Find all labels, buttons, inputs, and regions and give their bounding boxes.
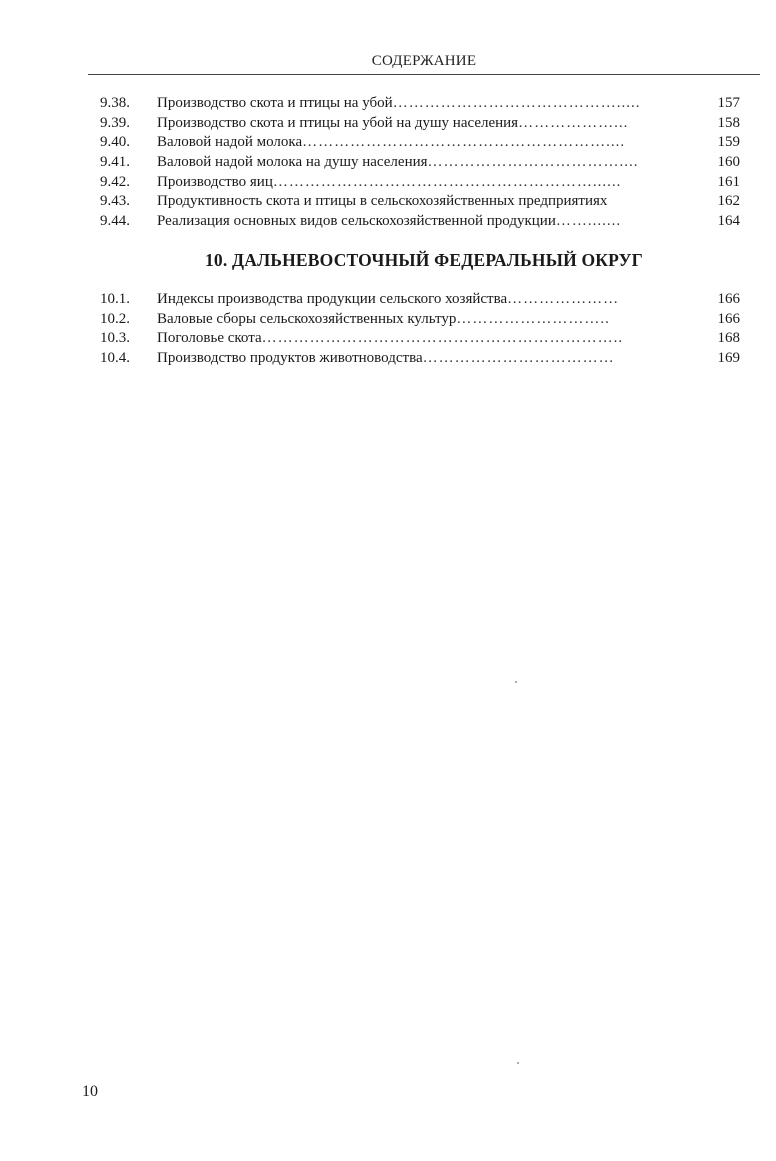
toc-entry-page: 166 — [679, 310, 742, 330]
scan-speck — [517, 1062, 519, 1064]
toc-entry-title: Поголовье скота — [157, 329, 262, 349]
toc-entry-title: Производство продуктов животноводства — [157, 349, 423, 369]
toc-entry[interactable]: 10.4. Производство продуктов животноводс… — [100, 349, 742, 369]
toc-entry[interactable]: 10.1. Индексы производства продукции сел… — [100, 290, 742, 310]
toc-entry-page: 166 — [679, 290, 742, 310]
toc-entry[interactable]: 9.41. Валовой надой молока на душу насел… — [100, 153, 742, 173]
toc-dot-leader: ……………………………….... — [428, 153, 679, 173]
toc-entry-title: Производство яиц — [157, 173, 273, 193]
toc-entry-title: Валовой надой молока на душу населения — [157, 153, 428, 173]
toc-entry[interactable]: 10.3. Поголовье скота…………………………………………………… — [100, 329, 742, 349]
toc-entry-page: 168 — [679, 329, 742, 349]
toc-dot-leader: ……………………….. — [456, 310, 679, 330]
toc-entry-title: Валовые сборы сельскохозяйственных культ… — [157, 310, 456, 330]
toc-dot-leader: ……………………………………..... — [393, 94, 679, 114]
toc-entry-number: 9.40. — [100, 133, 157, 153]
page-number: 10 — [82, 1083, 98, 1101]
toc-entry-number: 9.44. — [100, 212, 157, 232]
toc-dot-leader — [607, 192, 679, 212]
toc-entry[interactable]: 9.43. Продуктивность скота и птицы в сел… — [100, 192, 742, 212]
toc-entry-page: 164 — [679, 212, 742, 232]
toc-dot-leader: ………………………………………………………….. — [262, 329, 679, 349]
toc-entry-page: 158 — [679, 114, 742, 134]
toc-entry[interactable]: 10.2. Валовые сборы сельскохозяйственных… — [100, 310, 742, 330]
running-header: СОДЕРЖАНИЕ — [88, 53, 760, 70]
toc-entry-title: Производство скота и птицы на убой на ду… — [157, 114, 518, 134]
toc-dot-leader: ……....... — [556, 212, 679, 232]
toc-entry-number: 9.41. — [100, 153, 157, 173]
toc-entry-title: Производство скота и птицы на убой — [157, 94, 393, 114]
toc-entry-title: Индексы производства продукции сельского… — [157, 290, 507, 310]
toc-entry-number: 10.1. — [100, 290, 157, 310]
toc-entry-title: Реализация основных видов сельскохозяйст… — [157, 212, 556, 232]
toc-entry-page: 169 — [679, 349, 742, 369]
toc-entry-number: 9.43. — [100, 192, 157, 212]
toc-dot-leader: ………………… — [507, 290, 679, 310]
toc-dot-leader: ……………………………………………………...... — [273, 173, 679, 193]
toc-entry-number: 9.38. — [100, 94, 157, 114]
scan-speck — [515, 681, 517, 683]
toc-entry-page: 162 — [679, 192, 742, 212]
toc-entry[interactable]: 9.42. Производство яиц………………………………………………… — [100, 173, 742, 193]
toc-dot-leader: ………………………………………………….... — [302, 133, 679, 153]
toc-entry[interactable]: 9.40. Валовой надой молока……………………………………… — [100, 133, 742, 153]
toc-entry-page: 159 — [679, 133, 742, 153]
section-heading: 10. ДАЛЬНЕВОСТОЧНЫЙ ФЕДЕРАЛЬНЫЙ ОКРУГ — [88, 250, 760, 271]
document-page: СОДЕРЖАНИЕ 9.38. Производство скота и пт… — [0, 0, 776, 1161]
header-rule — [88, 74, 760, 75]
toc-entry-page: 160 — [679, 153, 742, 173]
toc-section-9-list: 9.38. Производство скота и птицы на убой… — [100, 94, 742, 232]
toc-entry-title: Продуктивность скота и птицы в сельскохо… — [157, 192, 607, 212]
toc-entry-number: 10.3. — [100, 329, 157, 349]
toc-entry-title: Валовой надой молока — [157, 133, 302, 153]
toc-entry[interactable]: 9.39. Производство скота и птицы на убой… — [100, 114, 742, 134]
toc-dot-leader: ………………... — [518, 114, 679, 134]
toc-section-10-list: 10.1. Индексы производства продукции сел… — [100, 290, 742, 369]
toc-entry-page: 161 — [679, 173, 742, 193]
toc-dot-leader: ……………………………… — [423, 349, 679, 369]
toc-entry-number: 10.2. — [100, 310, 157, 330]
toc-entry[interactable]: 9.44. Реализация основных видов сельскох… — [100, 212, 742, 232]
toc-entry-number: 10.4. — [100, 349, 157, 369]
toc-entry-number: 9.39. — [100, 114, 157, 134]
toc-entry-number: 9.42. — [100, 173, 157, 193]
toc-entry-page: 157 — [679, 94, 742, 114]
toc-entry[interactable]: 9.38. Производство скота и птицы на убой… — [100, 94, 742, 114]
